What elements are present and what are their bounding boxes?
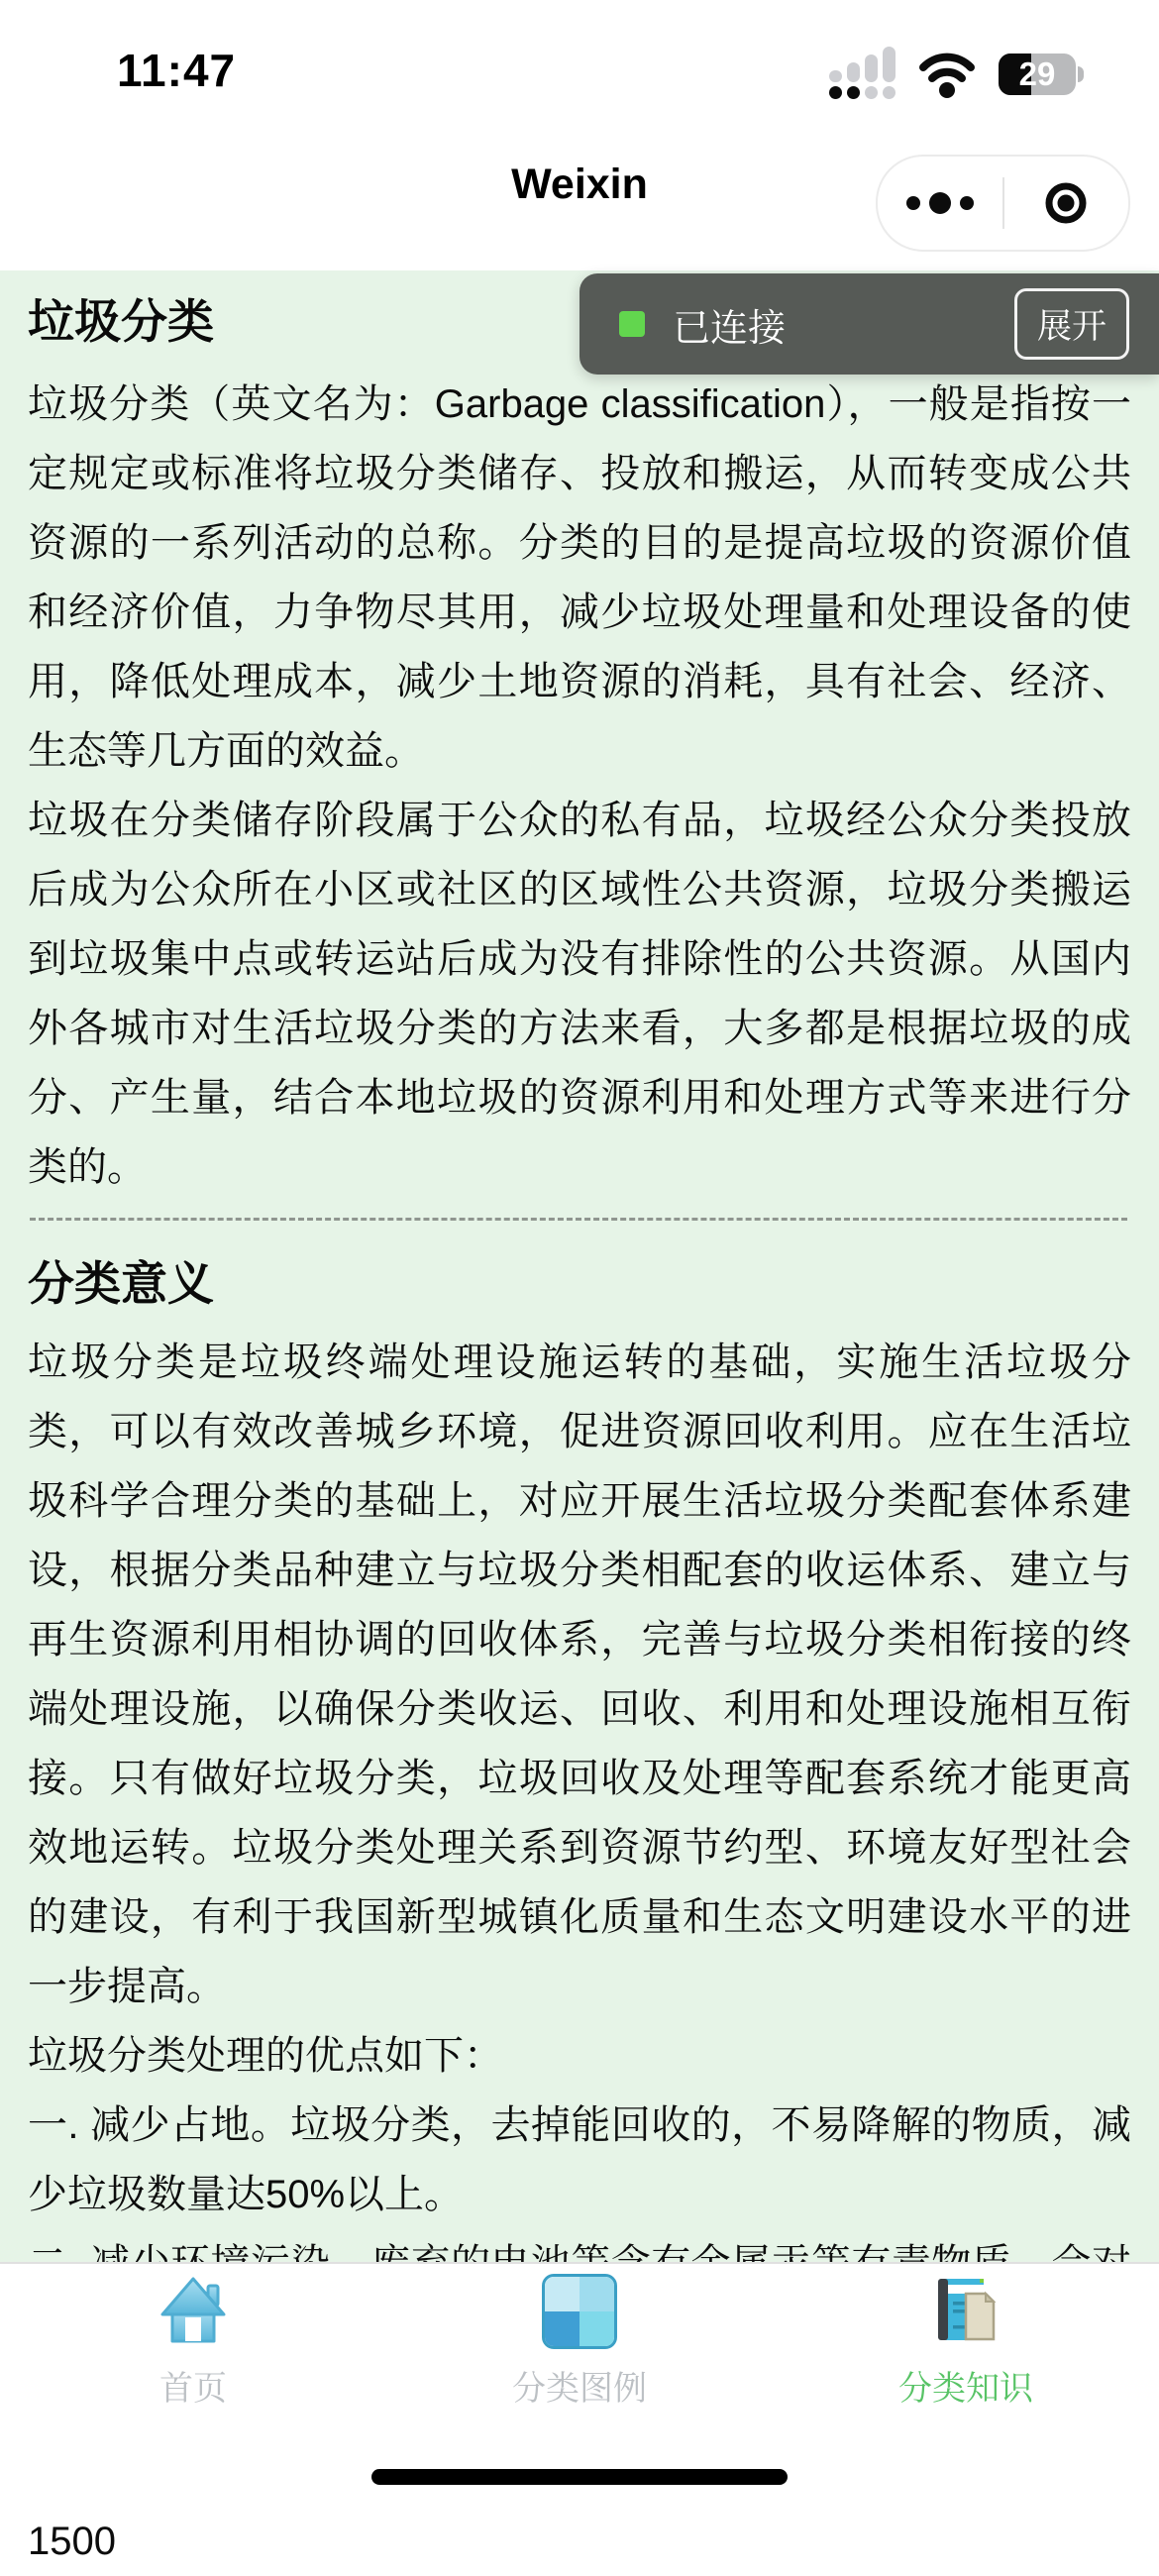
paragraph: 垃圾分类是垃圾终端处理设施运转的基础，实施生活垃圾分类，可以有效改善城乡环境，促… [28, 1328, 1131, 2021]
knowledge-book-icon [928, 2274, 1003, 2349]
dashed-divider [30, 1218, 1127, 1221]
home-indicator[interactable] [371, 2469, 788, 2485]
section-heading-classification-significance: 分类意义 [28, 1254, 1131, 1314]
paragraph: 垃圾分类（英文名为：Garbage classification），一般是指按一… [28, 370, 1131, 786]
capsule-menu [876, 155, 1130, 252]
legend-grid-icon [542, 2274, 617, 2349]
nav-bar: Weixin [0, 129, 1159, 270]
tab-home-label: 首页 [159, 2361, 227, 2410]
tab-legend-label: 分类图例 [512, 2361, 647, 2410]
ellipsis-icon [901, 191, 979, 215]
cellular-signal-icon [829, 50, 896, 99]
status-icons: 29 [829, 50, 1084, 99]
connection-status-text: 已连接 [673, 297, 1014, 352]
tab-bar: 首页 分类图例 分类知识 [0, 2262, 1159, 2509]
expand-button[interactable]: 展开 [1014, 288, 1129, 360]
article-scroll-area[interactable]: 垃圾分类 垃圾分类（英文名为：Garbage classification），一… [0, 270, 1159, 2509]
home-icon [156, 2274, 231, 2349]
list-item: 一. 减少占地。垃圾分类，去掉能回收的，不易降解的物质，减少垃圾数量达50%以上… [28, 2091, 1131, 2229]
target-circle-icon [1042, 179, 1090, 227]
status-time: 11:47 [117, 44, 236, 97]
wifi-icon [917, 51, 977, 98]
paragraph: 垃圾在分类储存阶段属于公众的私有品，垃圾经公众分类投放后成为公众所在小区或社区的… [28, 786, 1131, 1202]
connected-status-dot [619, 311, 645, 337]
tab-classification-knowledge[interactable]: 分类知识 [773, 2264, 1159, 2509]
weixin-mini-program-screen: 11:47 29 Weixin [0, 0, 1159, 2509]
list-intro: 垃圾分类处理的优点如下： [28, 2021, 1131, 2091]
battery-icon: 29 [999, 54, 1076, 95]
tab-home[interactable]: 首页 [0, 2264, 386, 2509]
close-miniprogram-button[interactable] [1004, 157, 1129, 250]
more-options-button[interactable] [878, 157, 1002, 250]
connection-status-toast: 已连接 展开 [579, 273, 1159, 375]
battery-percent: 29 [999, 54, 1076, 95]
tab-knowledge-label: 分类知识 [898, 2361, 1033, 2410]
status-bar: 11:47 29 [0, 0, 1159, 129]
battery-cap [1078, 66, 1084, 82]
